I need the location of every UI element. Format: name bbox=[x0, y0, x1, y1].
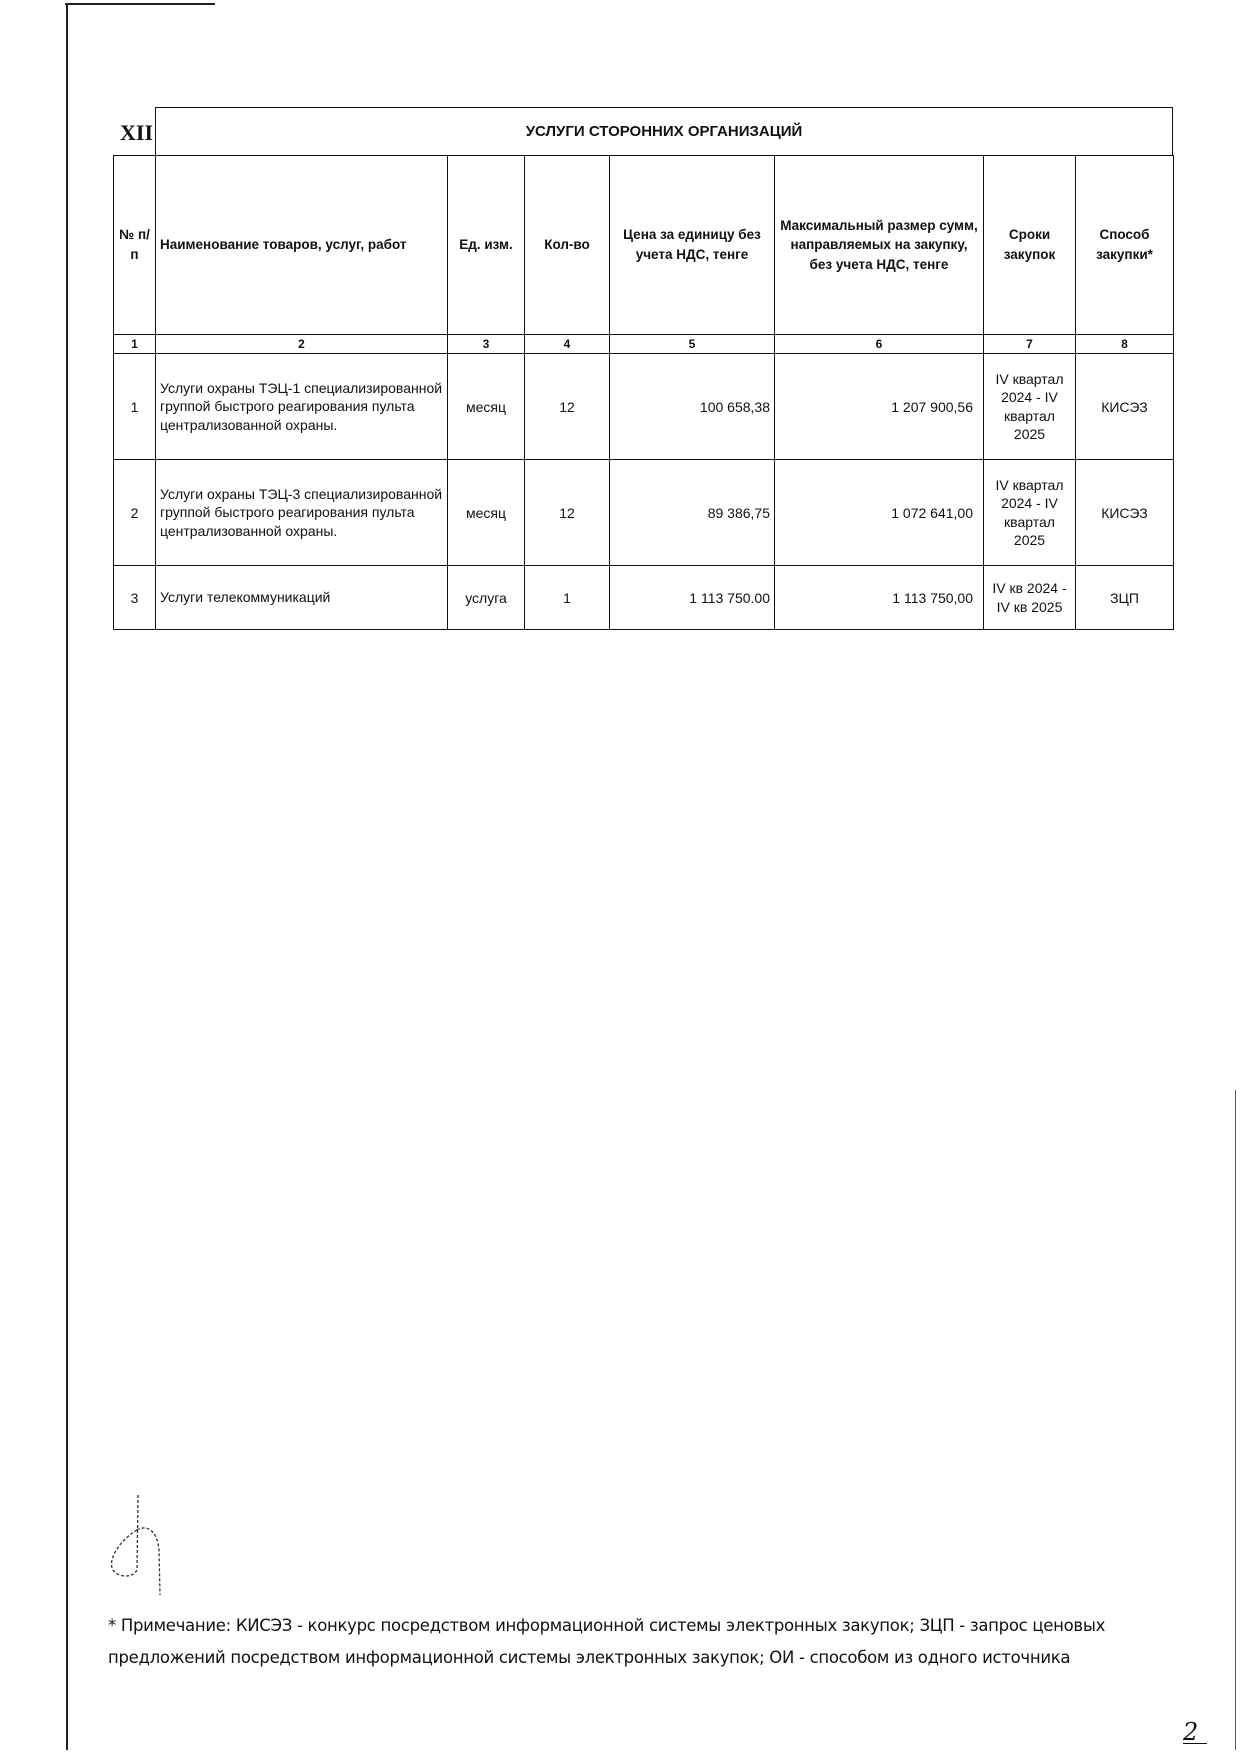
column-number: 2 bbox=[156, 335, 448, 354]
column-number-row: 1 2 3 4 5 6 7 8 bbox=[114, 335, 1174, 354]
column-number: 6 bbox=[775, 335, 984, 354]
table-row: 2 Услуги охраны ТЭЦ-3 специализированной… bbox=[114, 460, 1174, 566]
footnote: * Примечание: КИСЭЗ - конкурс посредство… bbox=[108, 1610, 1168, 1674]
section-title: УСЛУГИ СТОРОННИХ ОРГАНИЗАЦИЙ bbox=[155, 107, 1173, 155]
item-period: IV квартал 2024 - IV квартал 2025 bbox=[984, 460, 1076, 566]
page-number: 2 bbox=[1183, 1718, 1198, 1746]
item-qty: 12 bbox=[525, 460, 610, 566]
item-unit: месяц bbox=[448, 460, 525, 566]
header-qty: Кол-во bbox=[525, 156, 610, 335]
column-number: 8 bbox=[1076, 335, 1174, 354]
item-period: IV кв 2024 - IV кв 2025 bbox=[984, 566, 1076, 630]
table-row: 1 Услуги охраны ТЭЦ-1 специализированной… bbox=[114, 354, 1174, 460]
column-number: 5 bbox=[610, 335, 775, 354]
item-qty: 12 bbox=[525, 354, 610, 460]
section-number: XII bbox=[120, 120, 153, 146]
header-method: Способ закупки* bbox=[1076, 156, 1174, 335]
header-max-amount: Максимальный размер сумм, направляемых н… bbox=[775, 156, 984, 335]
row-number: 1 bbox=[114, 354, 156, 460]
scan-border-top bbox=[65, 3, 215, 5]
item-max-amount: 1 113 750,00 bbox=[775, 566, 984, 630]
item-unit: месяц bbox=[448, 354, 525, 460]
header-name: Наименование товаров, услуг, работ bbox=[156, 156, 448, 335]
item-method: ЗЦП bbox=[1076, 566, 1174, 630]
column-number: 4 bbox=[525, 335, 610, 354]
item-qty: 1 bbox=[525, 566, 610, 630]
procurement-table: № п/п Наименование товаров, услуг, работ… bbox=[113, 155, 1174, 630]
row-number: 3 bbox=[114, 566, 156, 630]
column-number: 3 bbox=[448, 335, 525, 354]
scan-border-right bbox=[1235, 1090, 1236, 1750]
item-method: КИСЭЗ bbox=[1076, 354, 1174, 460]
signature-mark bbox=[105, 1490, 165, 1600]
item-unit-price: 89 386,75 bbox=[610, 460, 775, 566]
header-row: № п/п Наименование товаров, услуг, работ… bbox=[114, 156, 1174, 335]
row-number: 2 bbox=[114, 460, 156, 566]
column-number: 1 bbox=[114, 335, 156, 354]
header-no: № п/п bbox=[114, 156, 156, 335]
scan-border-left bbox=[66, 3, 68, 1750]
item-name: Услуги охраны ТЭЦ-1 специализированной г… bbox=[156, 354, 448, 460]
column-number: 7 bbox=[984, 335, 1076, 354]
item-method: КИСЭЗ bbox=[1076, 460, 1174, 566]
header-unit: Ед. изм. bbox=[448, 156, 525, 335]
item-max-amount: 1 072 641,00 bbox=[775, 460, 984, 566]
item-unit-price: 1 113 750.00 bbox=[610, 566, 775, 630]
item-period: IV квартал 2024 - IV квартал 2025 bbox=[984, 354, 1076, 460]
item-max-amount: 1 207 900,56 bbox=[775, 354, 984, 460]
item-name: Услуги телекоммуникаций bbox=[156, 566, 448, 630]
item-name: Услуги охраны ТЭЦ-3 специализированной г… bbox=[156, 460, 448, 566]
header-period: Сроки закупок bbox=[984, 156, 1076, 335]
item-unit: услуга bbox=[448, 566, 525, 630]
item-unit-price: 100 658,38 bbox=[610, 354, 775, 460]
table-row: 3 Услуги телекоммуникаций услуга 1 1 113… bbox=[114, 566, 1174, 630]
header-unit-price: Цена за единицу без учета НДС, тенге bbox=[610, 156, 775, 335]
